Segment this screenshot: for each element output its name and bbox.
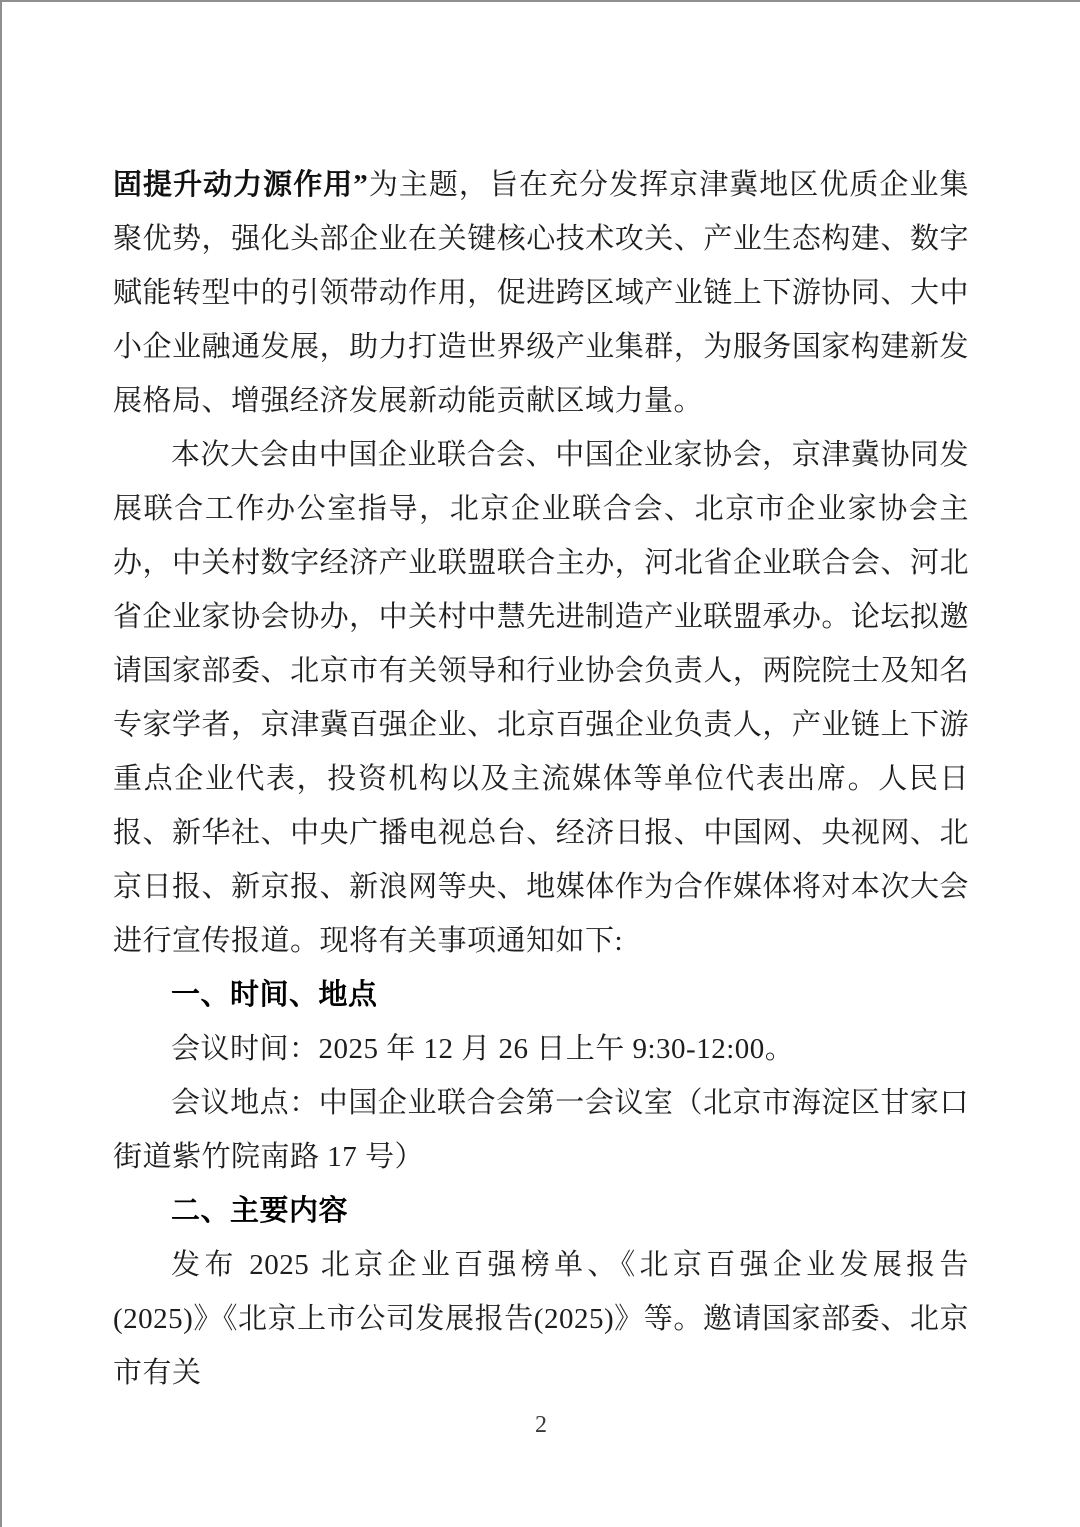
meeting-time-paragraph: 会议时间：2025 年 12 月 26 日上午 9:30-12:00。 [113,1022,969,1076]
main-content-paragraph: 发布 2025 北京企业百强榜单、《北京百强企业发展报告(2025)》《北京上市… [113,1238,969,1400]
text-run: 为主题，旨在充分发挥京津冀地区优质企业集聚优势，强化头部企业在关键核心技术攻关、… [113,169,969,417]
document-page: 固提升动力源作用”为主题，旨在充分发挥京津冀地区优质企业集聚优势，强化头部企业在… [0,0,1080,1527]
text-run: 会议时间：2025 年 12 月 26 日上午 9:30-12:00。 [171,1033,794,1065]
section-2-heading: 二、主要内容 [113,1184,969,1238]
text-run: 会议地点：中国企业联合会第一会议室（北京市海淀区甘家口街道紫竹院南路 17 号） [113,1087,969,1173]
document-body: 固提升动力源作用”为主题，旨在充分发挥京津冀地区优质企业集聚优势，强化头部企业在… [113,158,969,1400]
section-1-heading: 一、时间、地点 [113,968,969,1022]
meeting-location-paragraph: 会议地点：中国企业联合会第一会议室（北京市海淀区甘家口街道紫竹院南路 17 号） [113,1076,969,1184]
page-number: 2 [2,1410,1080,1440]
theme-bold-run: 固提升动力源作用” [113,169,368,201]
organizers-paragraph: 本次大会由中国企业联合会、中国企业家协会，京津冀协同发展联合工作办公室指导，北京… [113,428,969,968]
theme-paragraph: 固提升动力源作用”为主题，旨在充分发挥京津冀地区优质企业集聚优势，强化头部企业在… [113,158,969,428]
heading-text-run: 一、时间、地点 [171,979,378,1011]
text-run: 发布 2025 北京企业百强榜单、《北京百强企业发展报告(2025)》《北京上市… [113,1249,969,1389]
text-run: 本次大会由中国企业联合会、中国企业家协会，京津冀协同发展联合工作办公室指导，北京… [113,439,969,957]
heading-text-run: 二、主要内容 [171,1195,348,1227]
